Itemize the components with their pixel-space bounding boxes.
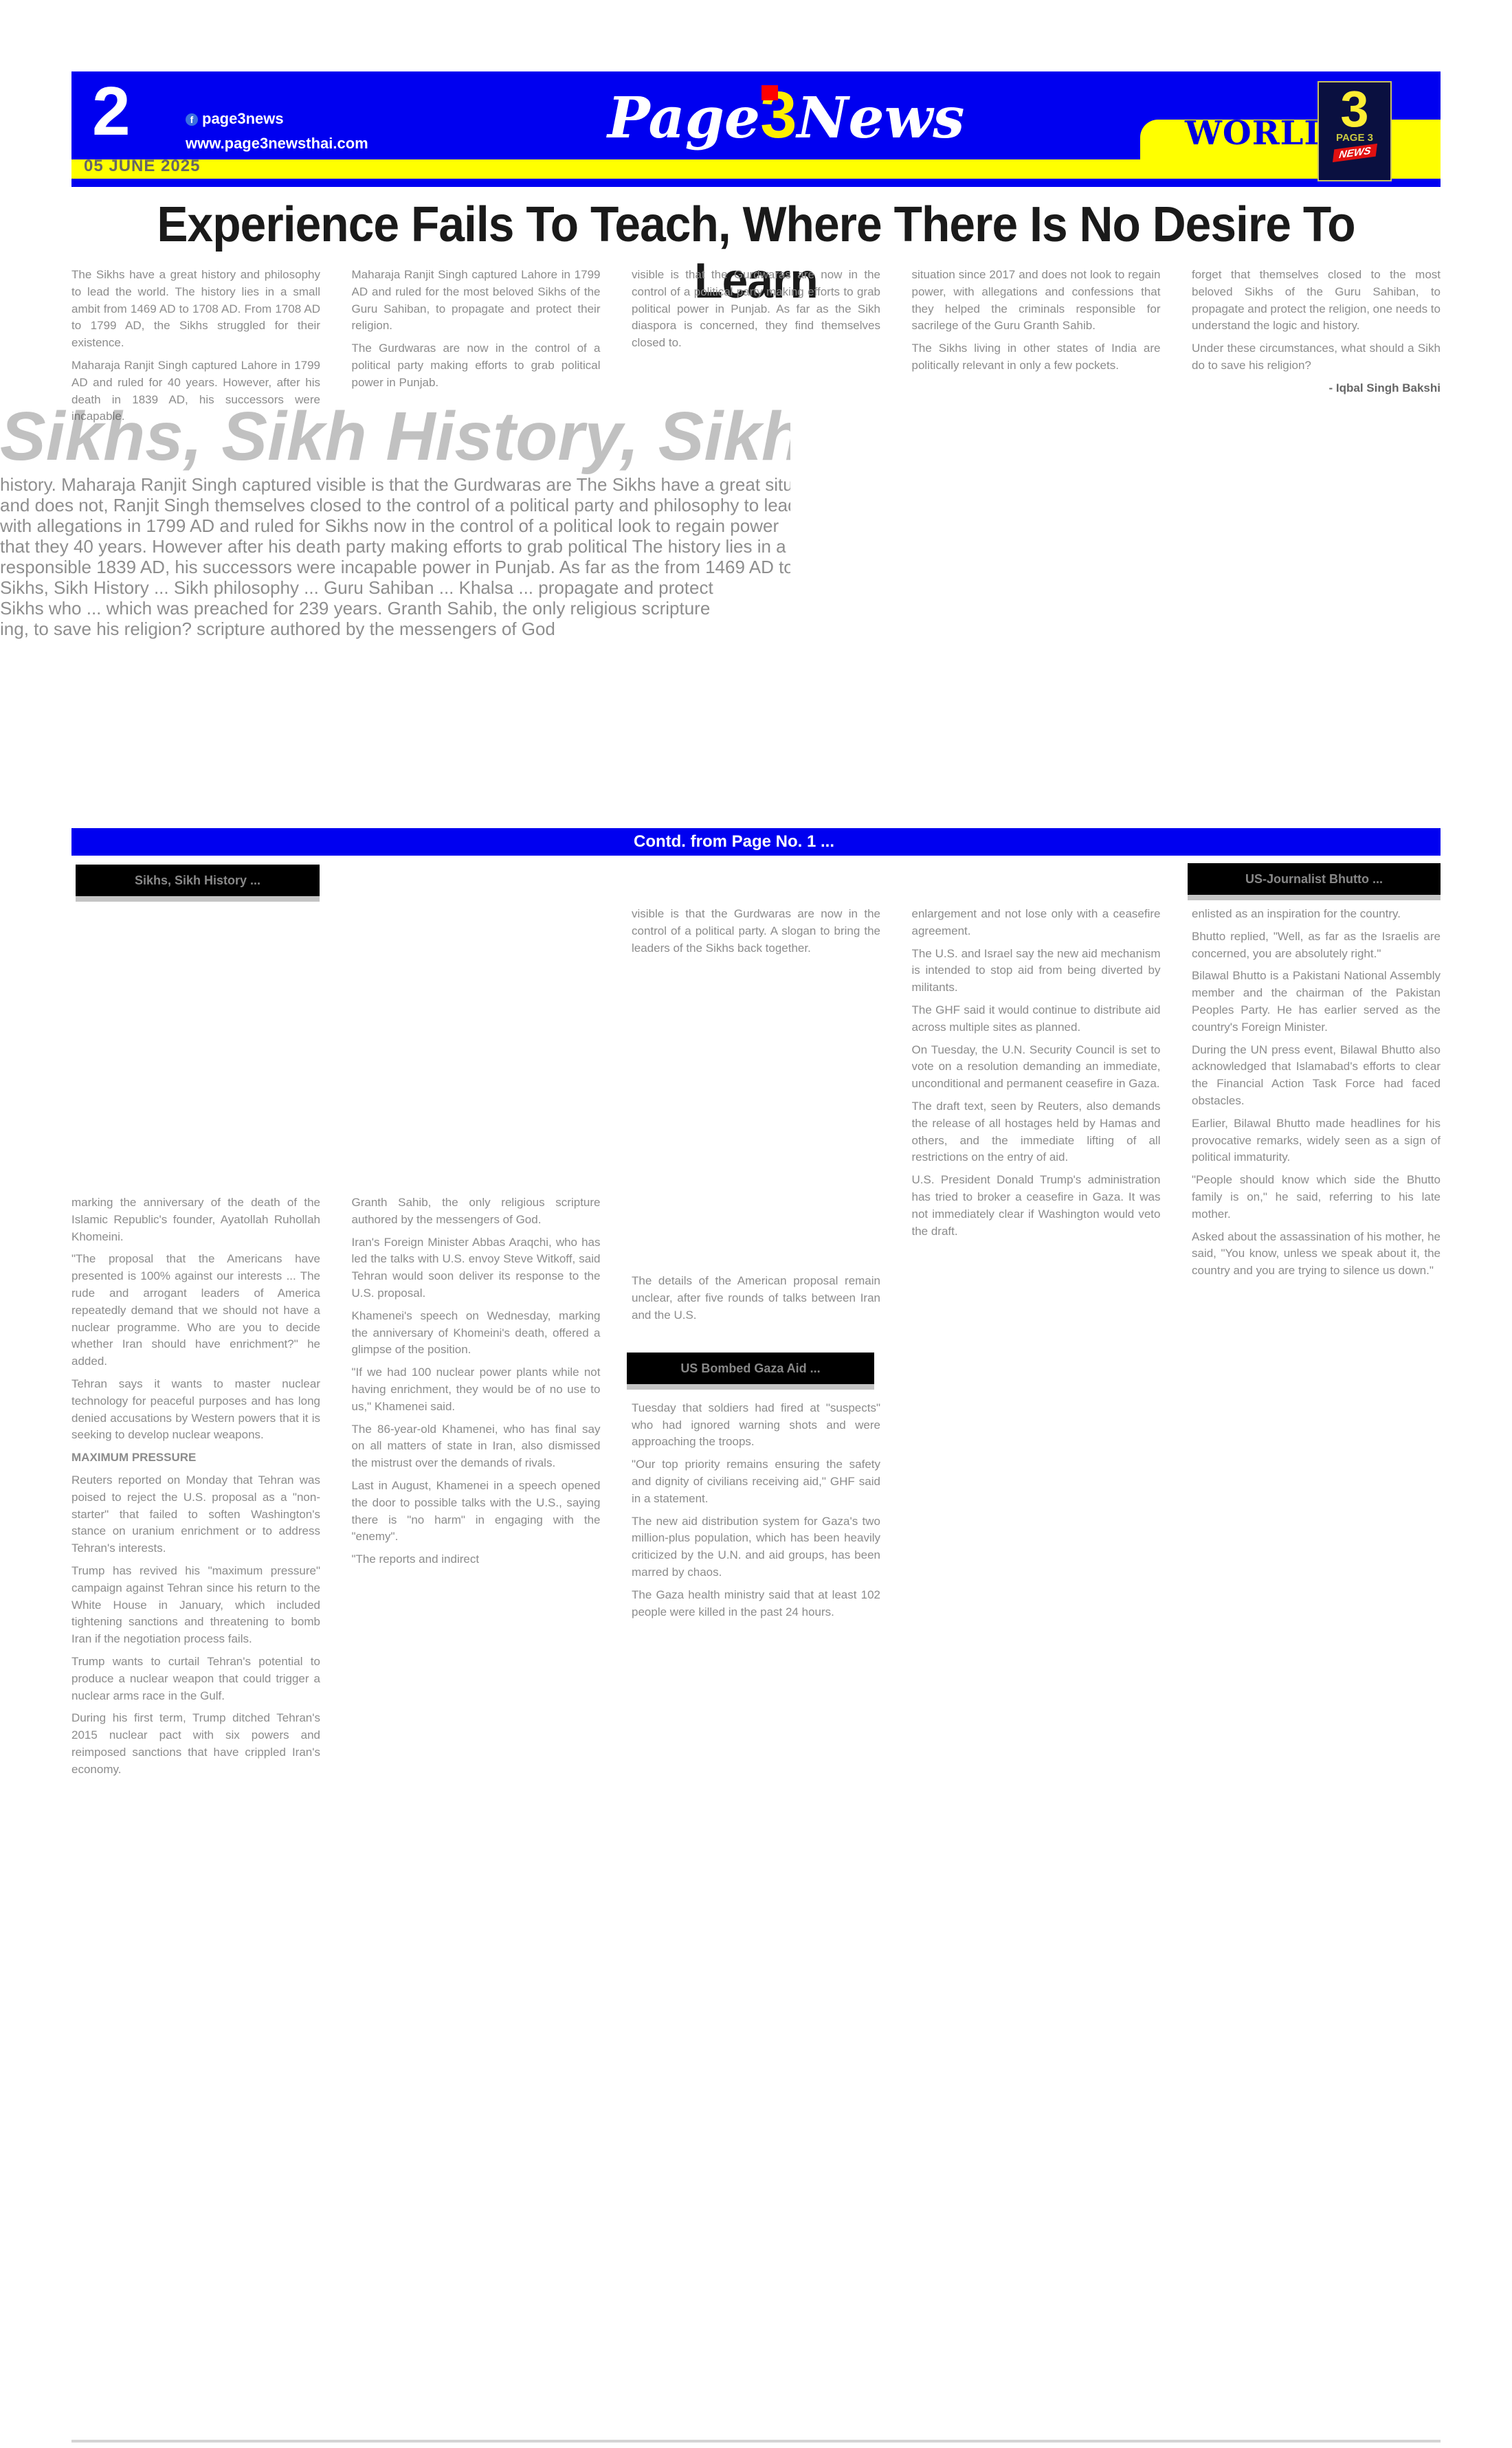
lower-articles: marking the anniversary of the death of … bbox=[71, 906, 1441, 2383]
logo-prefix: Page bbox=[608, 85, 760, 151]
paragraph: The GHF said it would continue to distri… bbox=[912, 1002, 1161, 1036]
paragraph: Asked about the assassination of his mot… bbox=[1192, 1229, 1441, 1280]
badge-line1: PAGE 3 bbox=[1319, 132, 1390, 144]
website-link[interactable]: www.page3newsthai.com bbox=[186, 135, 368, 153]
paragraph: The details of the American proposal rem… bbox=[632, 1273, 880, 1324]
upper-article: The Sikhs have a great history and philo… bbox=[71, 267, 1441, 823]
paragraph: Maharaja Ranjit Singh captured Lahore in… bbox=[71, 357, 320, 425]
paragraph: The new aid distribution system for Gaza… bbox=[632, 1513, 880, 1581]
paragraph: Iran's Foreign Minister Abbas Araqchi, w… bbox=[352, 1234, 601, 1302]
masthead: 2 fpage3news www.page3newsthai.com 05 JU… bbox=[71, 71, 1441, 187]
paragraph: Granth Sahib, the only religious scriptu… bbox=[352, 1194, 601, 1229]
story-label-1: Sikhs, Sikh History ... bbox=[76, 865, 320, 902]
paragraph: forget that themselves closed to the mos… bbox=[1192, 267, 1441, 335]
story-label-5: US-Journalist Bhutto ... bbox=[1188, 863, 1441, 900]
paragraph: Trump has revived his "maximum pressure"… bbox=[71, 1563, 320, 1648]
paragraph: enlargement and not lose only with a cea… bbox=[912, 906, 1161, 940]
paragraph: Earlier, Bilawal Bhutto made headlines f… bbox=[1192, 1115, 1441, 1166]
upper-column-4: situation since 2017 and does not look t… bbox=[912, 267, 1161, 823]
paragraph: On Tuesday, the U.N. Security Council is… bbox=[912, 1042, 1161, 1093]
issue-date: 05 JUNE 2025 bbox=[84, 157, 200, 176]
paragraph: situation since 2017 and does not look t… bbox=[912, 267, 1161, 335]
paragraph: U.S. President Donald Trump's administra… bbox=[912, 1172, 1161, 1240]
upper-column-2: Maharaja Ranjit Singh captured Lahore in… bbox=[352, 267, 601, 823]
lower-column-3: visible is that the Gurdwaras are now in… bbox=[632, 906, 880, 2383]
lower-column-5: enlisted as an inspiration for the count… bbox=[1192, 906, 1441, 2383]
logo-suffix: News bbox=[797, 85, 965, 151]
paragraph: Reuters reported on Monday that Tehran w… bbox=[71, 1472, 320, 1557]
paragraph: Bhutto replied, "Well, as far as the Isr… bbox=[1192, 928, 1441, 963]
continued-banner-text: Contd. from Page No. 1 ... bbox=[634, 828, 834, 856]
page-number: 2 bbox=[92, 77, 131, 146]
paragraph: Last in August, Khamenei in a speech ope… bbox=[352, 1478, 601, 1546]
upper-column-1: The Sikhs have a great history and philo… bbox=[71, 267, 320, 823]
paragraph: "The reports and indirect bbox=[352, 1551, 601, 1568]
paragraph: "If we had 100 nuclear power plants whil… bbox=[352, 1364, 601, 1415]
paragraph: The Gaza health ministry said that at le… bbox=[632, 1587, 880, 1621]
badge-line2: NEWS bbox=[1332, 144, 1377, 162]
paragraph: "People should know which side the Bhutt… bbox=[1192, 1172, 1441, 1223]
paragraph: The draft text, seen by Reuters, also de… bbox=[912, 1098, 1161, 1166]
paragraph: Trump wants to curtail Tehran's potentia… bbox=[71, 1654, 320, 1704]
paragraph: Under these circumstances, what should a… bbox=[1192, 340, 1441, 375]
paragraph: Tuesday that soldiers had fired at "susp… bbox=[632, 1400, 880, 1451]
logo-number: 3 bbox=[760, 78, 797, 152]
paragraph: The U.S. and Israel say the new aid mech… bbox=[912, 946, 1161, 997]
paragraph: "The proposal that the Americans have pr… bbox=[71, 1251, 320, 1370]
lower-column-1: marking the anniversary of the death of … bbox=[71, 906, 320, 2383]
lower-column-4: enlargement and not lose only with a cea… bbox=[912, 906, 1161, 2383]
paragraph: marking the anniversary of the death of … bbox=[71, 1194, 320, 1245]
paragraph: visible is that the Gurdwaras are now in… bbox=[632, 267, 880, 352]
section-label: WORLD bbox=[1185, 114, 1333, 153]
paragraph: Bilawal Bhutto is a Pakistani National A… bbox=[1192, 968, 1441, 1036]
paragraph: Maharaja Ranjit Singh captured Lahore in… bbox=[352, 267, 601, 335]
newspaper-logo: Page3News bbox=[608, 81, 964, 150]
paragraph: The Sikhs living in other states of Indi… bbox=[912, 340, 1161, 375]
masthead-bottom-rule bbox=[71, 179, 1441, 187]
paragraph: During his first term, Trump ditched Teh… bbox=[71, 1710, 320, 1778]
brand-badge: 3 PAGE 3 NEWS bbox=[1318, 81, 1392, 181]
social-handle-text: page3news bbox=[202, 110, 284, 127]
paragraph: enlisted as an inspiration for the count… bbox=[1192, 906, 1441, 923]
paragraph: During the UN press event, Bilawal Bhutt… bbox=[1192, 1042, 1441, 1110]
badge-number: 3 bbox=[1319, 82, 1390, 136]
paragraph: The Sikhs have a great history and philo… bbox=[71, 267, 320, 352]
paragraph: The 86-year-old Khamenei, who has final … bbox=[352, 1421, 601, 1472]
subheading: MAXIMUM PRESSURE bbox=[71, 1449, 320, 1467]
paragraph: Tehran says it wants to master nuclear t… bbox=[71, 1376, 320, 1444]
continued-banner: Contd. from Page No. 1 ... bbox=[71, 828, 1441, 856]
bottom-rule bbox=[71, 2440, 1441, 2443]
author-signature: - Iqbal Singh Bakshi bbox=[1192, 380, 1441, 397]
upper-column-3: visible is that the Gurdwaras are now in… bbox=[632, 267, 880, 823]
upper-column-5: forget that themselves closed to the mos… bbox=[1192, 267, 1441, 823]
social-handle[interactable]: fpage3news bbox=[186, 110, 284, 128]
facebook-icon: f bbox=[186, 113, 198, 126]
paragraph: The Gurdwaras are now in the control of … bbox=[352, 340, 601, 391]
paragraph: Khamenei's speech on Wednesday, marking … bbox=[352, 1308, 601, 1359]
paragraph: visible is that the Gurdwaras are now in… bbox=[632, 906, 880, 957]
paragraph: "Our top priority remains ensuring the s… bbox=[632, 1456, 880, 1507]
lower-column-2: Granth Sahib, the only religious scriptu… bbox=[352, 906, 601, 2383]
